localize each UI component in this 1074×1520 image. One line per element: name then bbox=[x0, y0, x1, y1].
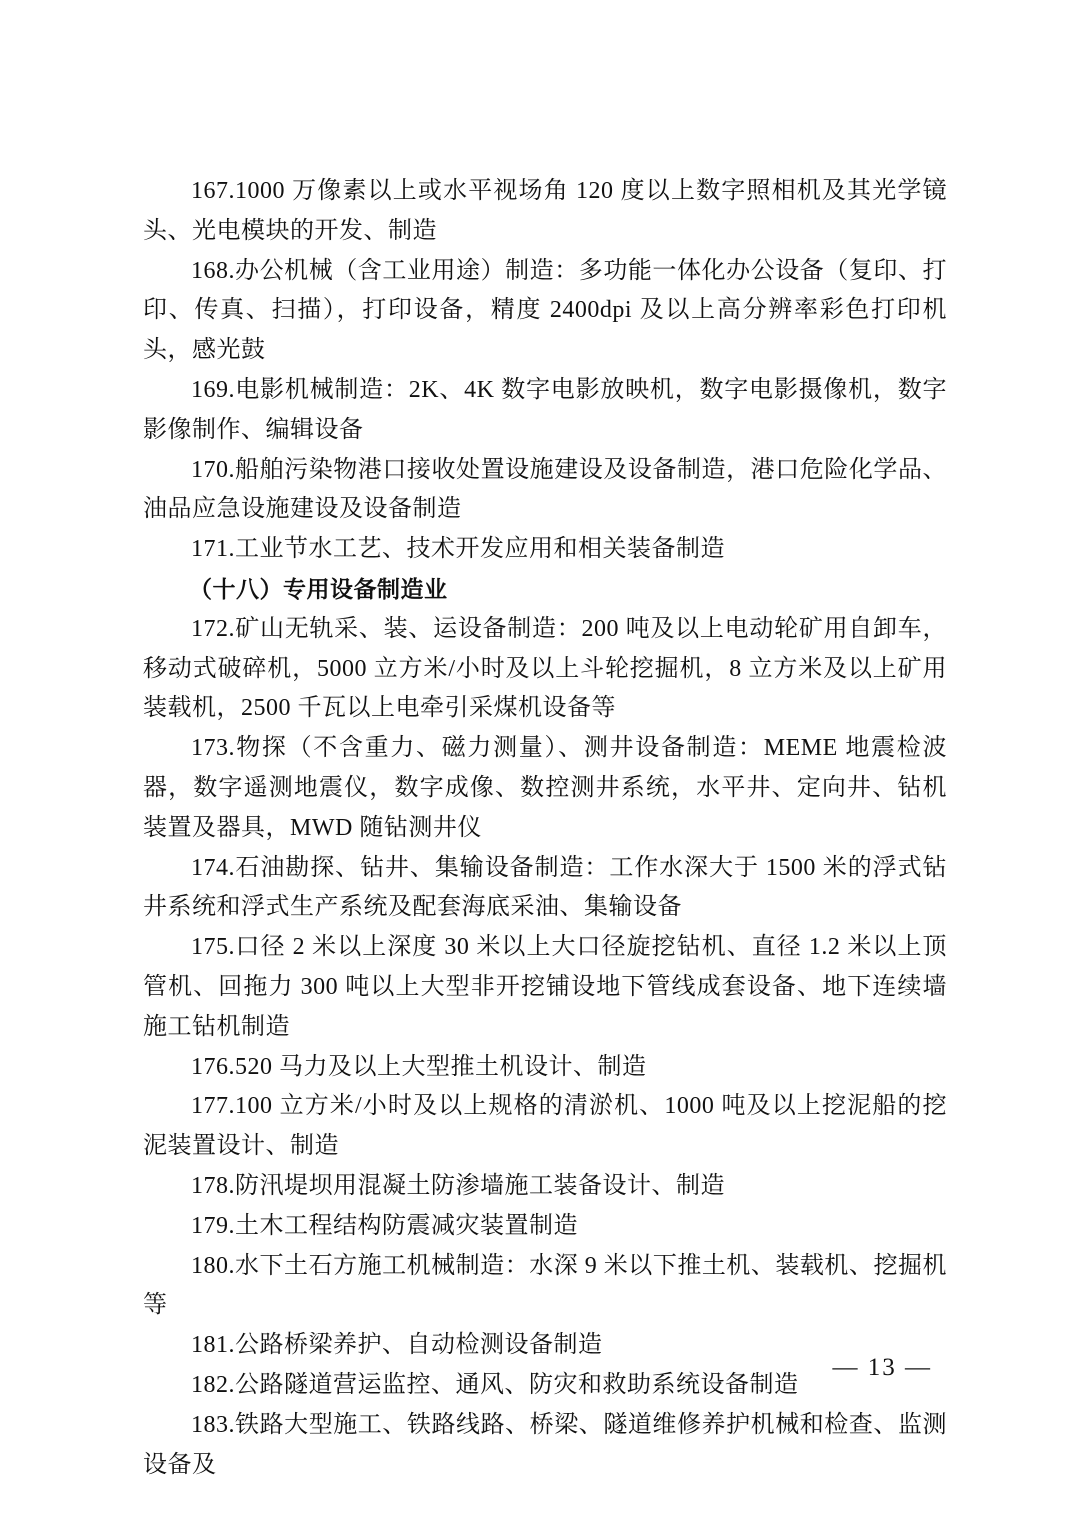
catalog-item: 171.工业节水工艺、技术开发应用和相关装备制造 bbox=[143, 530, 947, 570]
page-number: — 13 — bbox=[833, 1350, 933, 1386]
catalog-item: 174.石油勘探、钻井、集输设备制造：工作水深大于 1500 米的浮式钻井系统和… bbox=[143, 849, 947, 929]
catalog-item: 181.公路桥梁养护、自动检测设备制造 bbox=[143, 1326, 947, 1366]
catalog-item: 168.办公机械（含工业用途）制造：多功能一体化办公设备（复印、打印、传真、扫描… bbox=[143, 252, 947, 371]
section-heading: （十八）专用设备制造业 bbox=[143, 570, 947, 610]
catalog-item: 182.公路隧道营运监控、通风、防灾和救助系统设备制造 bbox=[143, 1366, 947, 1406]
catalog-item: 173.物探（不含重力、磁力测量）、测井设备制造：MEME 地震检波器，数字遥测… bbox=[143, 729, 947, 848]
catalog-item: 169.电影机械制造：2K、4K 数字电影放映机，数字电影摄像机，数字影像制作、… bbox=[143, 371, 947, 451]
document-page: 167.1000 万像素以上或水平视场角 120 度以上数字照相机及其光学镜头、… bbox=[0, 0, 1074, 1520]
document-body: 167.1000 万像素以上或水平视场角 120 度以上数字照相机及其光学镜头、… bbox=[143, 172, 947, 1485]
catalog-item: 177.100 立方米/小时及以上规格的清淤机、1000 吨及以上挖泥船的挖泥装… bbox=[143, 1087, 947, 1167]
catalog-item: 183.铁路大型施工、铁路线路、桥梁、隧道维修养护机械和检查、监测设备及 bbox=[143, 1406, 947, 1486]
catalog-item: 176.520 马力及以上大型推土机设计、制造 bbox=[143, 1048, 947, 1088]
catalog-item: 178.防汛堤坝用混凝土防渗墙施工装备设计、制造 bbox=[143, 1167, 947, 1207]
catalog-item: 179.土木工程结构防震减灾装置制造 bbox=[143, 1207, 947, 1247]
catalog-item: 175.口径 2 米以上深度 30 米以上大口径旋挖钻机、直径 1.2 米以上顶… bbox=[143, 928, 947, 1047]
catalog-item: 170.船舶污染物港口接收处置设施建设及设备制造，港口危险化学品、油品应急设施建… bbox=[143, 451, 947, 531]
catalog-item: 180.水下土石方施工机械制造：水深 9 米以下推土机、装载机、挖掘机等 bbox=[143, 1247, 947, 1327]
catalog-item: 167.1000 万像素以上或水平视场角 120 度以上数字照相机及其光学镜头、… bbox=[143, 172, 947, 252]
catalog-item: 172.矿山无轨采、装、运设备制造：200 吨及以上电动轮矿用自卸车，移动式破碎… bbox=[143, 610, 947, 729]
